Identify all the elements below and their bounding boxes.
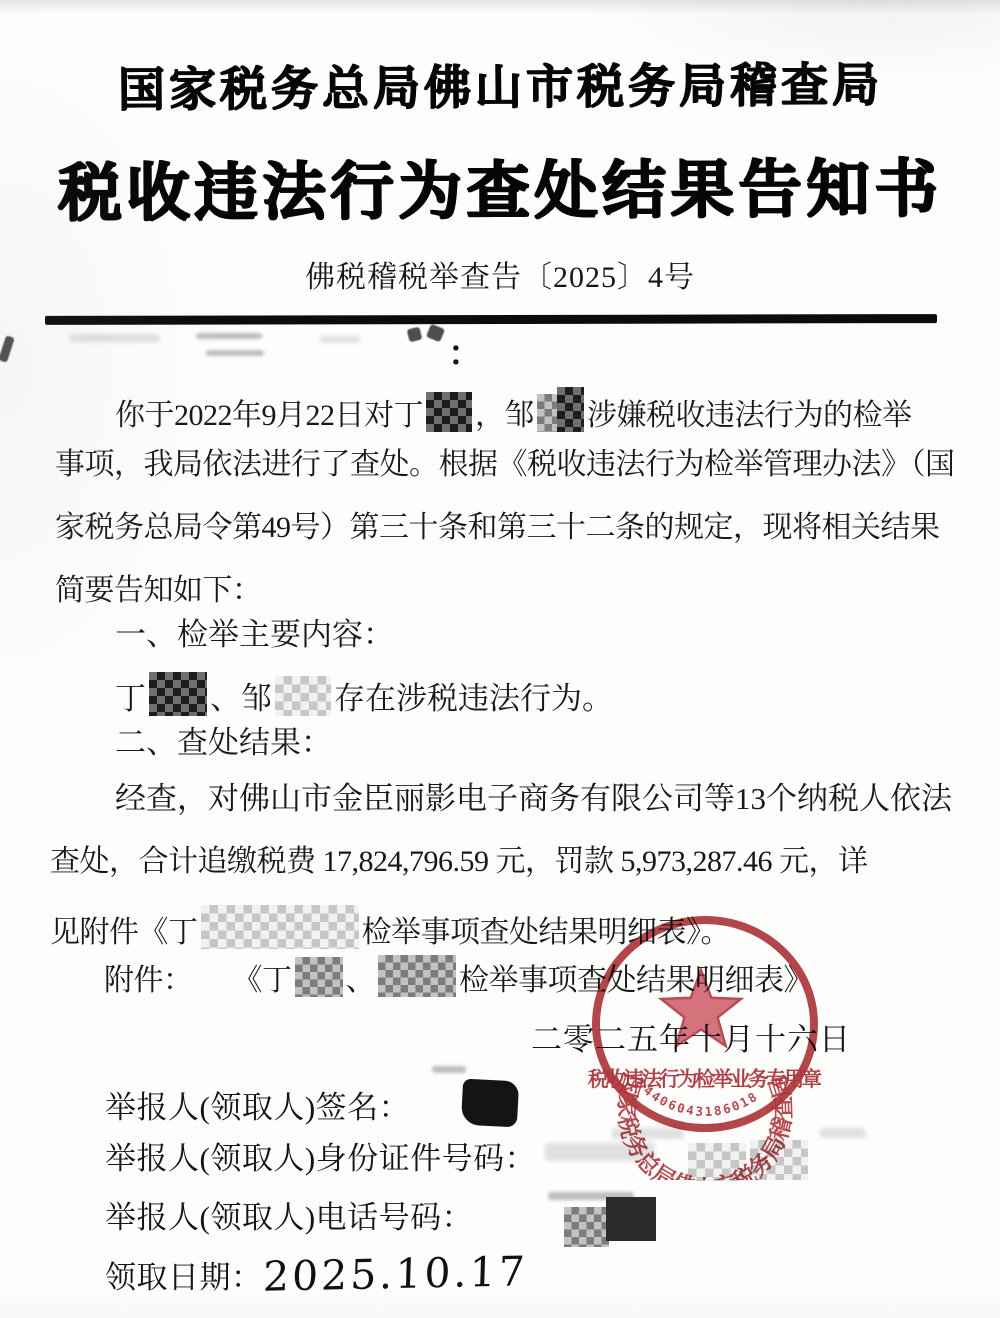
body-line: 事项，我局依法进行了查处。根据《税收违法行为检举管理办法》（国 — [55, 443, 955, 491]
body-text: 存在涉税违法行为。 — [334, 681, 613, 716]
redaction-box — [275, 676, 331, 716]
redaction-box — [295, 957, 343, 997]
body-text: 、邹 — [210, 681, 272, 716]
body-text: 《丁 — [233, 964, 292, 997]
body-text: 、 — [346, 964, 376, 997]
phone-row: 举报人(领取人)电话号码： — [105, 1192, 473, 1237]
header-rule — [45, 314, 937, 325]
body-text: 涉嫌税收违法行为的检举 — [587, 399, 912, 432]
redacted-recipient-smudge — [70, 334, 160, 342]
body-line: 简要告知如下： — [55, 569, 262, 617]
seal-star — [661, 970, 741, 1046]
body-text: ，邹 — [475, 399, 534, 432]
recipient-colon: ： — [448, 326, 482, 375]
redaction-box — [426, 392, 472, 432]
redacted-recipient-smudge — [206, 350, 264, 356]
signature-redaction-box — [461, 1079, 519, 1128]
official-seal: 国家税务总局佛山市税务局稽查局 税收违法行为检举业务专用章 4406043186… — [555, 880, 905, 1180]
section2-heading: 二、查处结果： — [115, 721, 332, 769]
section1-heading: 一、检举主要内容： — [115, 613, 394, 661]
scanned-document: 国家税务总局佛山市税务局稽查局 税收违法行为查处结果告知书 佛税稽税举查告〔20… — [0, 0, 1000, 1318]
redaction-box — [149, 672, 207, 716]
redacted-recipient-mark — [426, 324, 445, 343]
id-number-row: 举报人(领取人)身份证件号码： — [105, 1133, 536, 1178]
redacted-recipient-smudge — [320, 336, 360, 343]
body-line: 家税务总局令第49号）第三十条和第三十二条的规定，现将相关结果 — [55, 506, 940, 554]
body-line: 经查，对佛山市金臣丽影电子商务有限公司等13个纳税人依法 — [115, 777, 952, 825]
section1-names-line: 丁、邹存在涉税违法行为。 — [115, 665, 613, 713]
document-number: 佛税稽税举查告〔2025〕4号 — [0, 252, 1000, 296]
redaction-box — [201, 905, 359, 949]
handwritten-pickup-date: 2025.10.17 — [262, 1247, 528, 1301]
pickup-date-row: 领取日期：2025.10.17 — [105, 1250, 527, 1298]
body-text: 你于2022年9月22日对丁 — [115, 399, 423, 432]
redaction-box — [378, 955, 456, 997]
document-title: 税收违法行为查处结果告知书 — [0, 137, 1000, 233]
scan-artifact — [432, 1066, 466, 1073]
body-text: 附件： — [104, 964, 193, 997]
redaction-box — [564, 1207, 609, 1247]
signer-row: 举报人(领取人)签名： — [105, 1082, 410, 1127]
redacted-recipient-smudge — [196, 333, 262, 339]
body-text: 丁 — [115, 681, 146, 716]
redaction-box — [537, 394, 557, 432]
body-text: 见附件《丁 — [50, 916, 198, 949]
issuing-authority: 国家税务总局佛山市税务局稽查局 — [0, 47, 1000, 121]
body-line: 你于2022年9月22日对丁，邹涉嫌税收违法行为的检举 — [115, 380, 912, 428]
pickup-date-label: 领取日期： — [105, 1260, 263, 1295]
redaction-box — [557, 387, 584, 432]
redacted-recipient-mark — [407, 327, 423, 343]
scan-artifact — [0, 335, 15, 363]
seal-bottom-text: 税收违法行为检举业务专用章 — [587, 1067, 822, 1091]
redaction-box — [606, 1197, 656, 1241]
